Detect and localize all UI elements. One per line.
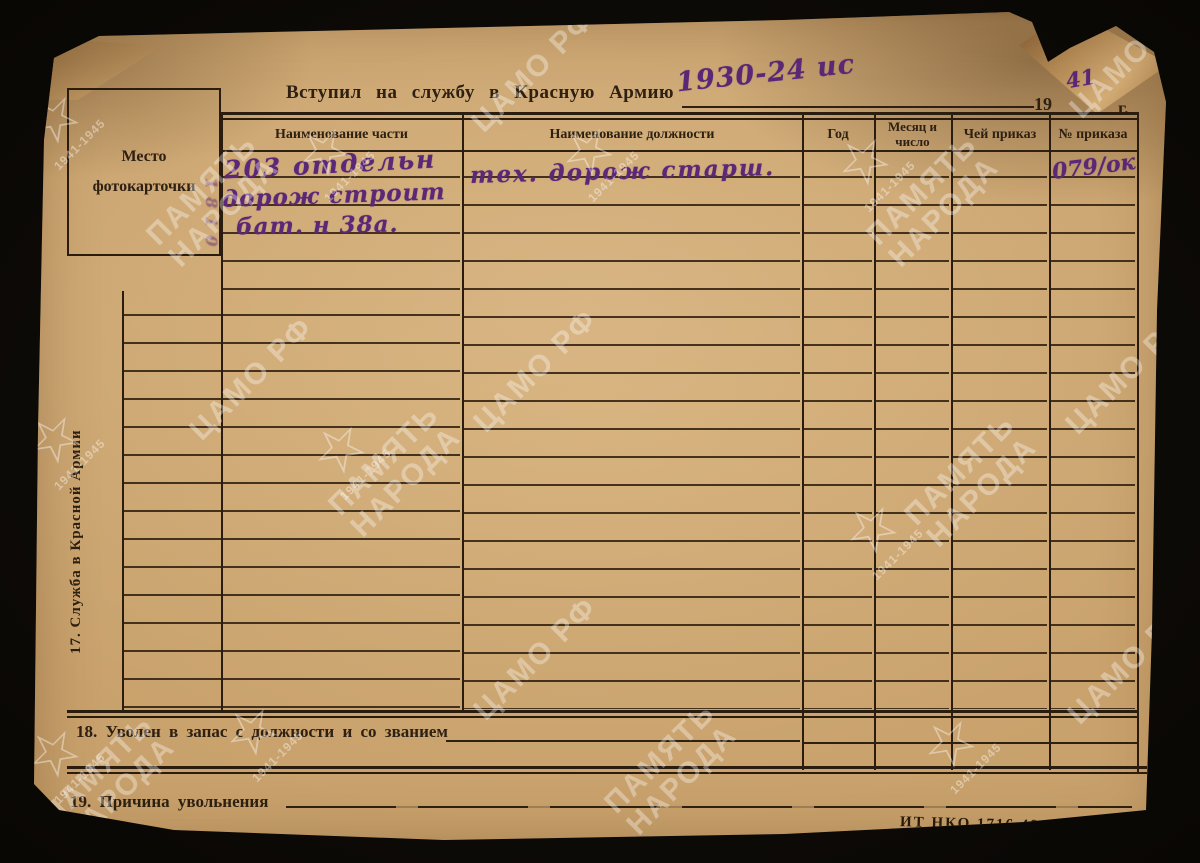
rows-order-no [1051,150,1135,709]
col-header-whose-order: Чей приказ [953,118,1047,150]
form-title: Вступил на службу в Красную Армию [286,82,674,104]
photo-placeholder-line1: Место [122,148,167,166]
ink-bleed-marks: 1810 [202,178,221,255]
photo-placeholder: Место фотокарточки [67,88,221,256]
rows-position [464,150,800,709]
print-code: ИТ НКО 1716 48 [900,814,1040,835]
section-17-label: 17. Служба в Красной Армии [68,338,94,654]
section-19-label: 19. Причина увольнения [70,792,268,812]
handwritten-service-period: 1930-24 ис [675,49,857,99]
col-header-position: Наименование должности [464,118,800,150]
grid-vline-right [1137,112,1139,774]
col-header-month-day: Месяц и число [876,118,949,150]
col-header-year: Год [804,118,872,150]
handwritten-year: 41 [1064,64,1097,94]
header-blank-line [682,106,1034,108]
paper-sheet: Вступил на службу в Красную Армию 1930-2… [24,10,1178,856]
photo-placeholder-line2: фотокарточки [93,178,196,196]
rows-year [804,150,872,709]
rows-month-day [876,150,949,709]
section-18-bottom-border [67,766,1147,774]
watermark-memory-line2: НАРОДА [621,719,743,841]
section-18-mid-line [804,742,1137,744]
col-header-order-no: № приказа [1051,118,1135,150]
section-19-blank-line [286,806,1132,808]
scanned-document: Вступил на службу в Красную Армию 1930-2… [0,0,1200,863]
rows-whose-order [953,150,1047,709]
section-18-blank-line [446,740,800,742]
rows-part-lower [124,288,460,709]
section-18-label: 18. Уволен в запас с должности и со зван… [76,722,448,742]
section-18-top-border [67,710,1139,718]
entry-part-line3: бат. н 38а. [236,211,399,241]
